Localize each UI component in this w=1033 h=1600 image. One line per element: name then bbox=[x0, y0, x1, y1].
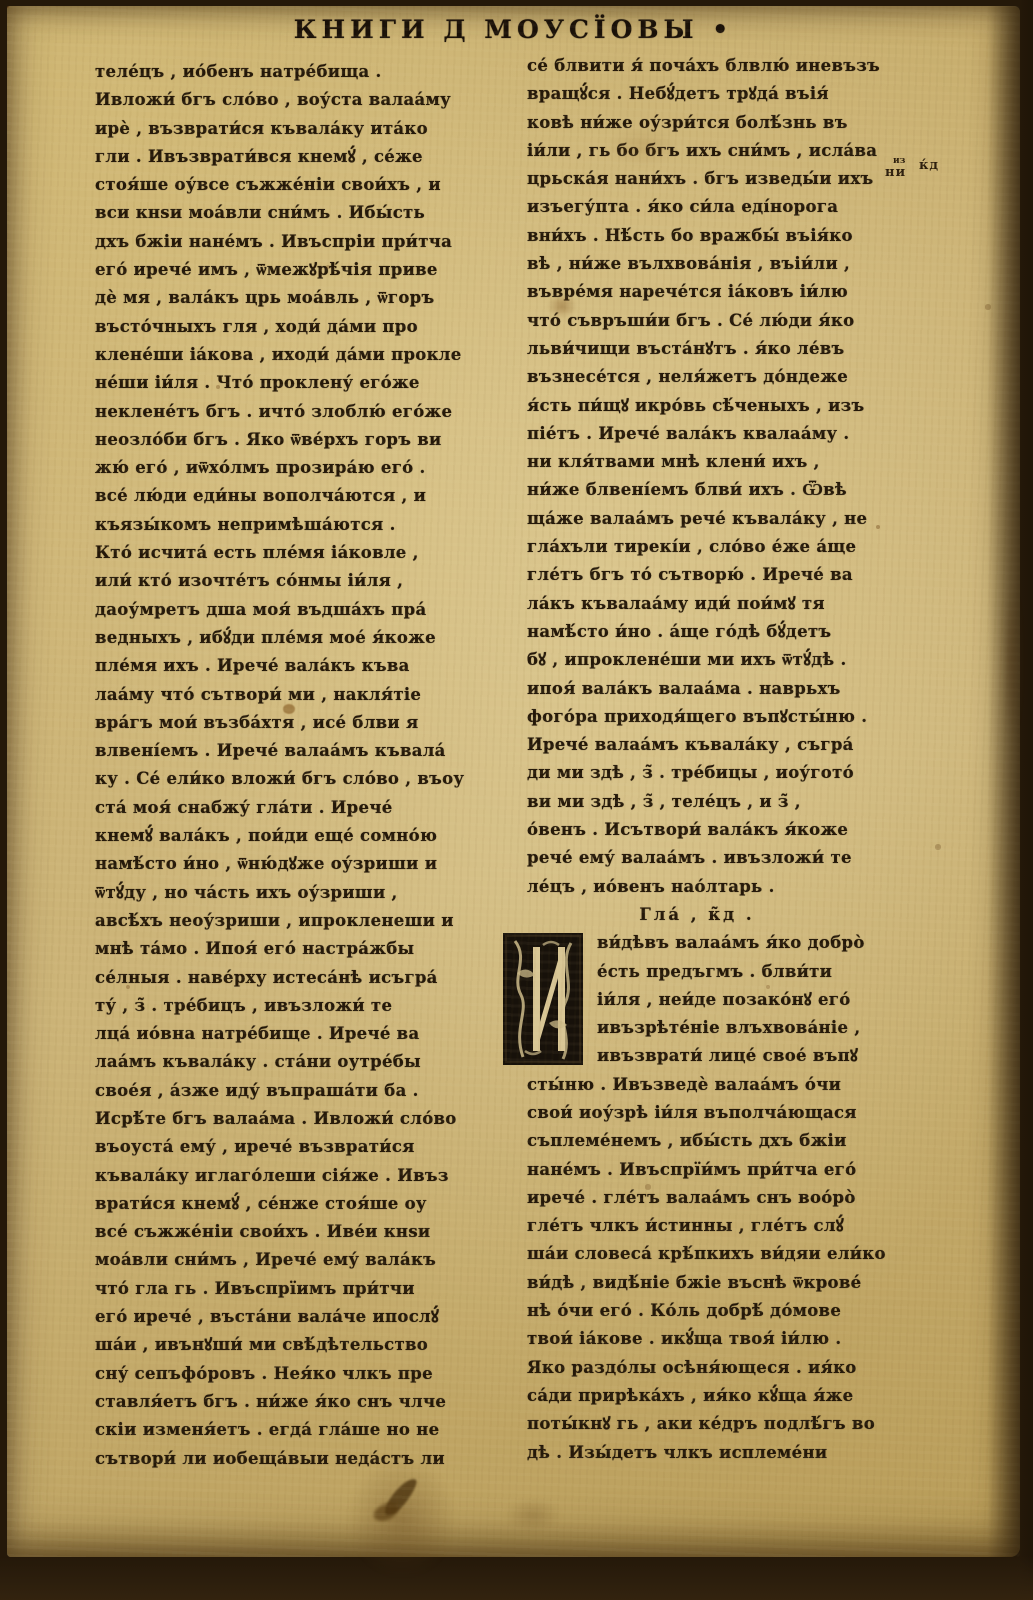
text-line: стоя́ше оу́все съжже́ніи свои́хъ , и bbox=[95, 171, 493, 199]
text-line: намѣ́сто и́но , ѿню́дꙋже оу́зриши и bbox=[95, 850, 493, 878]
text-line: я́сть пи́щꙋ икро́вь сѣ́ченыхъ , изъ bbox=[527, 392, 939, 420]
text-line: гле́тъ бгъ то́ сътворю́ . Ирече́ ва bbox=[527, 561, 939, 589]
book-page: КНИГИ Д МОУСЇОВЫ • теле́цъ , ио́бенъ нат… bbox=[7, 6, 1020, 1557]
text-line: свои́ иоу́зрѣ іи́ля въполча́ющася bbox=[527, 1099, 939, 1127]
text-line: его́ ирече́ , въста́ни вала́че ипослꙋ́ bbox=[95, 1303, 493, 1331]
text-line: ведныхъ , ибꙋ́ди пле́мя мое́ я́коже bbox=[95, 624, 493, 652]
text-line: кнемꙋ́ вала́къ , пои́ди еще́ сомно́ю bbox=[95, 822, 493, 850]
text-line: ста́ моя́ снабжу́ гла́ти . Ирече́ bbox=[95, 794, 493, 822]
text-line: лаа́мъ къвала́ку . ста́ни оутре́бы bbox=[95, 1048, 493, 1076]
text-line: ща́же валаа́мъ рече́ къвала́ку , не bbox=[527, 505, 939, 533]
text-line: ви ми здѣ , з̃ , теле́цъ , и з̃ , bbox=[527, 788, 939, 816]
text-line: жю́ его́ , иѿхо́лмъ прозира́ю его́ . bbox=[95, 454, 493, 482]
text-line: ви́дѣвъ валаа́мъ я́ко добро̀ bbox=[597, 929, 939, 957]
right-text-column: се́ блвити я́ поча́хъ блвлю́ иневъзъвращ… bbox=[527, 52, 939, 1467]
faint-stain-bottom bbox=[505, 1498, 561, 1532]
text-line: ди ми здѣ , з̃ . тре́бицы , иоу́гото́ bbox=[527, 759, 939, 787]
text-line: поты́кнꙋ гь , аки ке́дръ подлѣ́гъ во bbox=[527, 1410, 939, 1438]
text-line: вращꙋ́ся . Небꙋ́детъ трꙋда́ въія́ bbox=[527, 80, 939, 108]
text-line: неозло́би бгъ . Яко ѿве́рхъ горъ ви bbox=[95, 426, 493, 454]
text-line: црьска́я нани́хъ . бгъ изведы́и ихъ bbox=[527, 165, 939, 193]
text-line: твои́ іа́кове . икꙋ́ща твоя́ іи́лю . bbox=[527, 1325, 939, 1353]
text-line: Ивложи́ бгъ сло́во , воу́ста валаа́му bbox=[95, 86, 493, 114]
text-line: въвре́мя нарече́тся іа́ковъ іи́лю bbox=[527, 278, 939, 306]
text-line: се́ блвити я́ поча́хъ блвлю́ иневъзъ bbox=[527, 52, 939, 80]
text-line: ирече́ . гле́тъ валаа́мъ снъ воо́рò bbox=[527, 1184, 939, 1212]
text-line: намѣ́сто и́но . а́ще го́дѣ бꙋ́детъ bbox=[527, 618, 939, 646]
text-line: вра́гъ мои́ възба́хтя , исе́ блви я bbox=[95, 709, 493, 737]
margin-note-text: ќд bbox=[919, 158, 939, 173]
text-line: се́лныя . наве́рху истеса́нѣ исъгра́ bbox=[95, 964, 493, 992]
text-line: ле́цъ , ио́венъ нао́лтарь . bbox=[527, 873, 939, 901]
text-line: ивъзрѣте́ніе влъхвова́ніе , bbox=[597, 1014, 939, 1042]
text-line: что́ гла гь . Ивъспрїимъ при́тчи bbox=[95, 1275, 493, 1303]
ink-stain-halo bbox=[347, 1458, 457, 1578]
text-line: піе́тъ . Ирече́ вала́къ квалаа́му . bbox=[527, 420, 939, 448]
text-line: неклене́тъ бгъ . ичто́ злоблю́ его́же bbox=[95, 398, 493, 426]
text-line: что́ съвръши́и бгъ . Се́ лю́ди я́ко bbox=[527, 307, 939, 335]
text-line: все́ съжже́ніи свои́хъ . Иве́и кнѕи bbox=[95, 1218, 493, 1246]
text-line: Исрѣ́те бгъ валаа́ма . Ивложи́ сло́во bbox=[95, 1105, 493, 1133]
text-line: Яко раздо́лы осѣня́ющеся . ия́ко bbox=[527, 1354, 939, 1382]
foxing-specks bbox=[7, 6, 9, 8]
text-line: іи́ли , гь бо бгъ ихъ сни́мъ , исла́ва bbox=[527, 137, 939, 165]
text-line: Ирече́ валаа́мъ къвала́ку , съгра́ bbox=[527, 731, 939, 759]
text-line: ша́и словеса́ крѣ́пкихъ ви́дяи ели́ко bbox=[527, 1240, 939, 1268]
dropcap-initial-letter-I bbox=[503, 933, 583, 1065]
text-line: е́сть предъгмъ . блви́ти bbox=[597, 958, 939, 986]
text-line: влвені́емъ . Ирече́ валаа́мъ къвала́ bbox=[95, 737, 493, 765]
text-line: дхъ бжіи нане́мъ . Ивъспріи при́тча bbox=[95, 228, 493, 256]
text-line: даоу́мретъ дша моя́ въдша́хъ пра́ bbox=[95, 596, 493, 624]
text-line: о́венъ . Исътвори́ вала́къ я́коже bbox=[527, 816, 939, 844]
text-line: ирѐ , възврати́ся къвала́ку ита́ко bbox=[95, 115, 493, 143]
text-line: гле́тъ члкъ и́стинны , гле́тъ слꙋ́ bbox=[527, 1212, 939, 1240]
text-line: авсѣ́хъ неоу́зриши , ипрокленеши и bbox=[95, 907, 493, 935]
text-line: моа́вли сни́мъ , Ирече́ ему́ вала́къ bbox=[95, 1246, 493, 1274]
dropcap-woodcut-icon bbox=[503, 933, 583, 1065]
text-line: пле́мя ихъ . Ирече́ вала́къ къва bbox=[95, 652, 493, 680]
margin-note-2: ќд bbox=[919, 158, 939, 173]
text-line: ипоя́ вала́къ валаа́ма . наврьхъ bbox=[527, 675, 939, 703]
text-line: бꙋ , ипроклене́ши ми ихъ ѿтꙋ́дѣ . bbox=[527, 646, 939, 674]
text-line: възнесе́тся , неля́жетъ до́ндеже bbox=[527, 363, 939, 391]
text-line: вѣ , ни́же вълхвова́нія , въіи́ли , bbox=[527, 250, 939, 278]
text-line: ку . Се́ ели́ко вложи́ бгъ сло́во , въоу bbox=[95, 765, 493, 793]
text-line: рече́ ему́ валаа́мъ . ивъзложи́ те bbox=[527, 844, 939, 872]
right-column-lower-text: сты́ню . Ивъзведѐ валаа́мъ о́чисвои́ иоу… bbox=[527, 1071, 939, 1467]
text-line: Кто́ исчита́ есть пле́мя іа́ковле , bbox=[95, 539, 493, 567]
text-line: не́ши іи́ля . Что́ проклену́ его́же bbox=[95, 369, 493, 397]
text-line: его́ ирече́ имъ , ѿмежꙋрѣ́чія приве bbox=[95, 256, 493, 284]
text-line: ту́ , з̃ . тре́бицъ , ивъзложи́ те bbox=[95, 992, 493, 1020]
text-line: ивъзврати́ лице́ свое́ въпꙋ bbox=[597, 1042, 939, 1070]
photo-bottom-edge-shadow bbox=[0, 1556, 1033, 1600]
text-line: сну́ сепъфо́ровъ . Нея́ко члкъ пре bbox=[95, 1360, 493, 1388]
text-line: ша́и , ивънꙋши́ ми свѣ́дѣтельство bbox=[95, 1331, 493, 1359]
text-line: клене́ши іа́кова , иходи́ да́ми прокле bbox=[95, 341, 493, 369]
text-line: къвала́ку иглаго́леши сія́же . Ивъз bbox=[95, 1162, 493, 1190]
text-line: въсто́чныхъ гля , ходи́ да́ми про bbox=[95, 313, 493, 341]
left-text-column: теле́цъ , ио́бенъ натре́бища .Ивложи́ бг… bbox=[95, 58, 493, 1473]
text-line: теле́цъ , ио́бенъ натре́бища . bbox=[95, 58, 493, 86]
text-line: вни́хъ . Нѣ́сть бо вражбы́ въія́ко bbox=[527, 222, 939, 250]
right-column-upper-text: се́ блвити я́ поча́хъ блвлю́ иневъзъвращ… bbox=[527, 52, 939, 901]
text-line: съплеме́немъ , ибы́сть дхъ бжіи bbox=[527, 1127, 939, 1155]
text-line: ни́же блвені́емъ блви́ ихъ . Ѿвѣ bbox=[527, 476, 939, 504]
chapter-heading: Гла́ , к̃д . bbox=[527, 901, 867, 929]
text-line: льви́чищи въста́нꙋтъ . я́ко ле́въ bbox=[527, 335, 939, 363]
page-edge-smudge bbox=[1003, 586, 1021, 736]
text-line: лаа́му что́ сътвори́ ми , накля́тіе bbox=[95, 681, 493, 709]
text-line: ставля́етъ бгъ . ни́же я́ко снъ члче bbox=[95, 1388, 493, 1416]
text-line: дѣ . Изы́детъ члкъ исплеме́ни bbox=[527, 1439, 939, 1467]
text-line: сты́ню . Ивъзведѐ валаа́мъ о́чи bbox=[527, 1071, 939, 1099]
text-line: ви́дѣ , видѣ́ніе бжіе въснѣ ѿкрове́ bbox=[527, 1269, 939, 1297]
text-line: мнѣ та́мо . Ипоя́ его́ настра́жбы bbox=[95, 935, 493, 963]
text-line: фого́ра приходя́щего въпꙋсты́ню . bbox=[527, 703, 939, 731]
text-line: ковѣ ни́же оу́зри́тся болѣ́знь въ bbox=[527, 109, 939, 137]
ink-stain-tail bbox=[380, 1474, 420, 1519]
text-line: ѿтꙋ́ду , но ча́сть ихъ оу́зриши , bbox=[95, 879, 493, 907]
text-line: нѣ о́чи его́ . Ко́ль добрѣ́ до́мове bbox=[527, 1297, 939, 1325]
text-line: свое́я , а́зже иду́ въпраша́ти ба . bbox=[95, 1077, 493, 1105]
text-line: гли . Ивъзврати́вся кнемꙋ́ , се́же bbox=[95, 143, 493, 171]
text-line: гла́хъли тирекі́и , сло́во е́же а́ще bbox=[527, 533, 939, 561]
text-line: все́ лю́ди еди́ны вополча́ются , и bbox=[95, 482, 493, 510]
text-line: нане́мъ . Ивъспрїи́мъ при́тча его́ bbox=[527, 1156, 939, 1184]
margin-note-1: из ни bbox=[885, 158, 906, 180]
ink-stain-lobe bbox=[371, 1499, 401, 1524]
text-line: ла́къ къвалаа́му иди́ пои́мꙋ тя bbox=[527, 590, 939, 618]
text-line: лца́ ио́вна натре́бище . Ирече́ ва bbox=[95, 1020, 493, 1048]
text-line: ни кля́твами мнѣ клени́ ихъ , bbox=[527, 448, 939, 476]
margin-note-superscript: из bbox=[893, 158, 906, 165]
page-title: КНИГИ Д МОУСЇОВЫ • bbox=[7, 15, 1020, 44]
text-line: вси кнѕи моа́вли сни́мъ . Ибы́сть bbox=[95, 199, 493, 227]
text-line: или́ кто́ изочте́тъ со́нмы іи́ля , bbox=[95, 567, 493, 595]
margin-note-text: ни bbox=[885, 165, 906, 180]
text-line: къязы́комъ непримѣша́ются . bbox=[95, 511, 493, 539]
text-line: са́ди прирѣка́хъ , ия́ко кꙋ́ща я́же bbox=[527, 1382, 939, 1410]
text-line: іи́ля , неи́де позако́нꙋ его́ bbox=[597, 986, 939, 1014]
text-line: изъегу́пта . я́ко си́ла еді́норога bbox=[527, 193, 939, 221]
right-column-dropcap-text: ви́дѣвъ валаа́мъ я́ко добро̀е́сть предъг… bbox=[527, 929, 939, 1070]
text-line: врати́ся кнемꙋ́ , се́нже стоя́ше оу bbox=[95, 1190, 493, 1218]
text-line: скіи изменя́етъ . егда́ гла́ше но не bbox=[95, 1416, 493, 1444]
text-line: дѐ мя , вала́къ црь моа́вль , ѿгоръ bbox=[95, 284, 493, 312]
text-line: сътвори́ ли иобеща́выи неда́стъ ли bbox=[95, 1445, 493, 1473]
text-line: въоуста́ ему́ , ирече́ възврати́ся bbox=[95, 1133, 493, 1161]
